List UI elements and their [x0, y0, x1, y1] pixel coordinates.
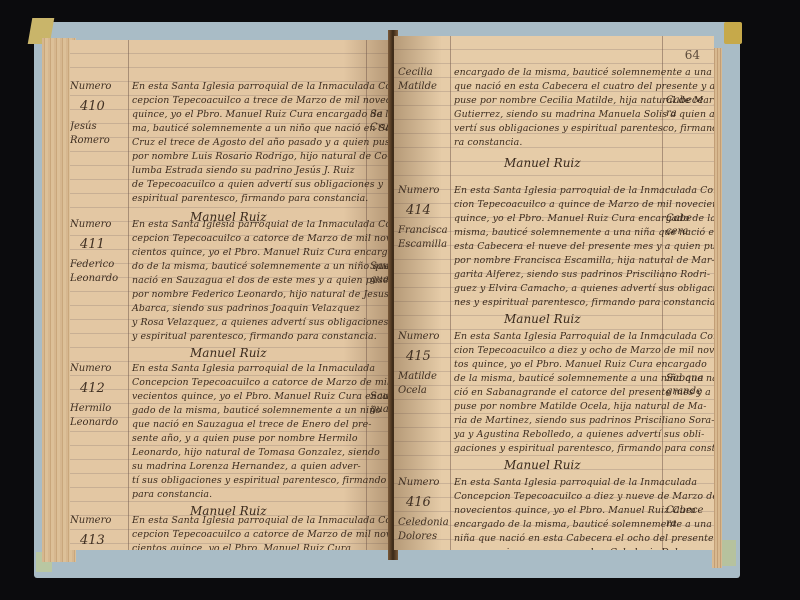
priest-signature: Manuel Ruiz	[504, 458, 581, 472]
text-line: quince, yo el Pbro. Manuel Ruiz Cura enc…	[132, 108, 392, 122]
baptized-surname: Leonardo	[70, 416, 128, 430]
text-line: esta Cabecera el nueve del presente mes …	[454, 240, 714, 254]
text-line: tos quince, yo el Pbro. Manuel Ruiz Cura…	[454, 358, 714, 372]
place-note-line: Cabece	[666, 94, 703, 107]
text-line: y espiritual parentesco, firmando para c…	[132, 330, 392, 344]
text-line: Abarca, siendo sus padrinos Joaquin Vela…	[132, 302, 392, 316]
entry-text: En esta Santa Iglesia parroquial de la I…	[132, 80, 392, 206]
baptized-surname: Romero	[70, 134, 128, 148]
entry-label: Numero	[398, 184, 456, 198]
place-note: Cabece ra	[666, 94, 703, 120]
text-line: por nombre Luis Rosario Rodrigo, hijo na…	[132, 150, 392, 164]
cover-corner-top-right	[724, 22, 742, 44]
entry-number: 410	[70, 100, 128, 114]
text-line: tí sus obligaciones y espiritual parente…	[132, 474, 392, 488]
place-note: Cabe cera	[666, 212, 692, 238]
text-line: guez y Elvira Camacho, a quienes advertí…	[454, 282, 714, 296]
text-line: mes y a quien puse por nombre Celedonia …	[454, 546, 714, 550]
text-line: cientos quince, yo el Pbro. Manuel Ruiz …	[132, 246, 392, 260]
right-page: 64 Cecilia Matilde encargado de la misma…	[394, 36, 714, 550]
entry-label: Numero	[70, 80, 128, 94]
text-line: Concepcion Tepecoacuilco a diez y nueve …	[454, 490, 714, 504]
text-line: de Tepecoacuilco a quien advertí sus obl…	[132, 178, 392, 192]
text-line: ra constancia.	[454, 136, 714, 150]
entry-number: 413	[70, 534, 128, 548]
text-line: lumba Estrada siendo su padrino Jesús J.…	[132, 164, 392, 178]
text-line: puse por nombre Matilde Ocela, hija natu…	[454, 400, 714, 414]
text-line: En esta Santa Iglesia parroquial de la I…	[454, 184, 714, 198]
place-note-line: cera	[666, 225, 692, 238]
entry-number: 416	[398, 496, 456, 510]
text-line: nes y espiritual parentesco, firmando pa…	[454, 296, 714, 310]
place-note-line: Cabece	[666, 504, 703, 517]
baptized-surname: Matilde	[398, 80, 456, 94]
text-line: do de la misma, bauticé solemnemente a u…	[132, 260, 392, 274]
text-line: En esta Santa Iglesia parroquial de la I…	[454, 476, 714, 490]
text-line: ria de Martinez, siendo sus padrinos Pri…	[454, 414, 714, 428]
baptized-surname: Leonardo	[70, 272, 128, 286]
priest-signature: Manuel Ruiz	[504, 156, 581, 170]
text-line: En esta Santa Iglesia Parroquial de la I…	[454, 330, 714, 344]
text-line: cepcion Tepecoacuilco a trece de Marzo d…	[132, 94, 392, 108]
text-line: y Rosa Velazquez, a quienes advertí sus …	[132, 316, 392, 330]
text-line: sente año, y a quien puse por nombre Her…	[132, 432, 392, 446]
baptized-name: Cecilia	[398, 66, 456, 80]
text-line: cion Tepecoacuilco a diez y ocho de Marz…	[454, 344, 714, 358]
baptized-name: Celedonia	[398, 516, 456, 530]
baptized-name: Federico	[70, 258, 128, 272]
text-line: cepcion Tepecoacuilco a catorce de Marzo…	[132, 528, 392, 542]
place-note-line: Cru	[370, 121, 389, 134]
place-note: Sa Cru	[370, 108, 389, 134]
baptized-surname: Ocela	[398, 384, 456, 398]
text-line: ma, bauticé solemnemente a un niño que n…	[132, 122, 392, 136]
place-note-line: ra	[666, 517, 703, 530]
text-line: cion Tepecoacuilco a quince de Marzo de …	[454, 198, 714, 212]
baptized-name: Hermilo	[70, 402, 128, 416]
entry-text: En esta Santa Iglesia parroquial de la I…	[454, 184, 714, 310]
text-line: Cruz el trece de Agosto del año pasado y…	[132, 136, 392, 150]
register-entry-414: Numero 414 Francisca Escamilla En esta S…	[394, 184, 714, 324]
place-note: Sabana grande	[666, 372, 704, 398]
entry-text: En esta Santa Iglesia parroquial de la I…	[132, 514, 392, 550]
page-number: 64	[685, 48, 700, 62]
text-line: nació en Sauzagua el dos de este mes y a…	[132, 274, 392, 288]
entry-label: Numero	[398, 476, 456, 490]
text-line: cientos quince, yo el Pbro. Manuel Ruiz …	[132, 542, 392, 550]
baptized-surname: Dolores	[398, 530, 456, 544]
text-line: En esta Santa Iglesia parroquial de la I…	[132, 80, 392, 94]
text-line: su madrina Lorenza Hernandez, a quien ad…	[132, 460, 392, 474]
entry-number: 411	[70, 238, 128, 252]
entry-number: 412	[70, 382, 128, 396]
text-line: gaciones y espiritual parentesco, firman…	[454, 442, 714, 456]
text-line: niña que nació en esta Cabecera el ocho …	[454, 532, 714, 546]
place-note-line: Sa	[370, 108, 389, 121]
entry-text: En esta Santa Iglesia parroquial de la I…	[132, 218, 392, 344]
place-note-line: grande	[666, 385, 704, 398]
text-line: ya y Agustina Rebolledo, a quienes adver…	[454, 428, 714, 442]
entry-label: Numero	[70, 514, 128, 528]
register-entry-412: Numero 412 Hermilo Leonardo En esta Sant…	[70, 362, 392, 512]
text-line: cepcion Tepecoacuilco a catorce de Marzo…	[132, 232, 392, 246]
priest-signature: Manuel Ruiz	[504, 312, 581, 326]
register-entry-416: Numero 416 Celedonia Dolores En esta San…	[394, 476, 714, 550]
text-line: vecientos quince, yo el Pbro. Manuel Rui…	[132, 390, 392, 404]
text-line: garita Alferez, siendo sus padrinos Pris…	[454, 268, 714, 282]
entry-number: 414	[398, 204, 456, 218]
register-entry-410: Numero 410 Jesús Romero En esta Santa Ig…	[70, 80, 392, 210]
entry-label: Numero	[70, 362, 128, 376]
text-line: encargado de la misma, bauticé solemneme…	[454, 66, 714, 80]
text-line: vertí sus obligaciones y espiritual pare…	[454, 122, 714, 136]
baptized-name: Francisca	[398, 224, 456, 238]
text-line: por nombre Francisca Escamilla, hija nat…	[454, 254, 714, 268]
place-note-line: Sabana	[666, 372, 704, 385]
place-note: Cabece ra	[666, 504, 703, 530]
place-note-line: Cabe	[666, 212, 692, 225]
register-entry-continued: Cecilia Matilde encargado de la misma, b…	[394, 66, 714, 176]
baptized-name: Matilde	[398, 370, 456, 384]
register-entry-411: Numero 411 Federico Leonardo En esta San…	[70, 218, 392, 358]
text-line: En esta Santa Iglesia parroquial de la I…	[132, 362, 392, 376]
text-line: En esta Santa Iglesia parroquial de la I…	[132, 514, 392, 528]
text-line: por nombre Federico Leonardo, hijo natur…	[132, 288, 392, 302]
entry-label: Numero	[70, 218, 128, 232]
text-line: que nació en esta Cabecera el cuatro del…	[454, 80, 714, 94]
entry-number: 415	[398, 350, 456, 364]
left-page: Numero 410 Jesús Romero En esta Santa Ig…	[70, 40, 392, 550]
baptized-surname: Escamilla	[398, 238, 456, 252]
text-line: Concepcion Tepecoacuilco a catorce de Ma…	[132, 376, 392, 390]
text-line: espiritual parentesco, firmando para con…	[132, 192, 392, 206]
text-line: que nació en Sauzagua el trece de Enero …	[132, 418, 392, 432]
text-line: para constancia.	[132, 488, 392, 502]
text-line: gado de la misma, bauticé solemnemente a…	[132, 404, 392, 418]
priest-signature: Manuel Ruiz	[190, 346, 267, 360]
baptized-name: Jesús	[70, 120, 128, 134]
entry-text: En esta Santa Iglesia parroquial de la I…	[132, 362, 392, 502]
register-entry-415: Numero 415 Matilde Ocela En esta Santa I…	[394, 330, 714, 470]
text-line: En esta Santa Iglesia parroquial de la I…	[132, 218, 392, 232]
entry-label: Numero	[398, 330, 456, 344]
text-line: Leonardo, hijo natural de Tomasa Gonzale…	[132, 446, 392, 460]
register-entry-413: Numero 413 En esta Santa Iglesia parroqu…	[70, 514, 392, 550]
place-note-line: ra	[666, 107, 703, 120]
